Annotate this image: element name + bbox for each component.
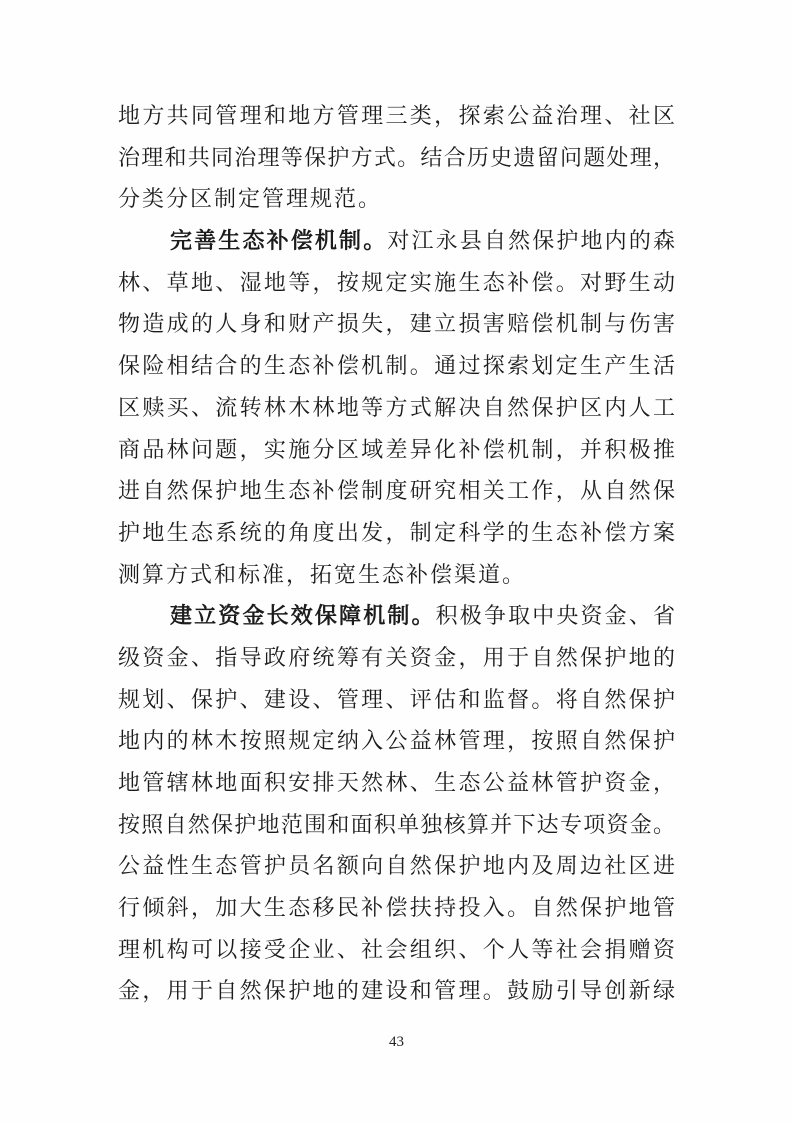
text-line: 分类分区制定管理规范。: [118, 178, 675, 220]
text-run: 商品林问题，实施分区域差异化补偿机制，并积极推: [118, 437, 675, 462]
text-run: 按照自然保护地范围和面积单独核算并下达专项资金。: [118, 812, 675, 837]
text-run: 积极争取中央资金、省: [436, 603, 675, 628]
page-number: 43: [118, 1032, 675, 1052]
text-run: 地管辖林地面积安排天然林、生态公益林管护资金，: [118, 770, 675, 795]
text-run: 行倾斜，加大生态移民补偿扶持投入。自然保护地管: [118, 895, 675, 920]
text-line: 地内的林木按照规定纳入公益林管理，按照自然保护: [118, 720, 675, 762]
text-run: 测算方式和标准，拓宽生态补偿渠道。: [118, 562, 526, 587]
text-line: 治理和共同治理等保护方式。结合历史遗留问题处理，: [118, 137, 675, 179]
text-run: 公益性生态管护员名额向自然保护地内及周边社区进: [118, 853, 675, 878]
text-line: 理机构可以接受企业、社会组织、个人等社会捐赠资: [118, 929, 675, 971]
text-run: 分类分区制定管理规范。: [118, 186, 382, 211]
text-run: 治理和共同治理等保护方式。结合历史遗留问题处理，: [118, 145, 675, 170]
text-line: 测算方式和标准，拓宽生态补偿渠道。: [118, 554, 675, 596]
document-page: 地方共同管理和地方管理三类，探索公益治理、社区治理和共同治理等保护方式。结合历史…: [0, 0, 793, 1122]
text-line: 保险相结合的生态补偿机制。通过探索划定生产生活: [118, 345, 675, 387]
text-line: 护地生态系统的角度出发，制定科学的生态补偿方案: [118, 512, 675, 554]
text-line: 建立资金长效保障机制。积极争取中央资金、省: [118, 595, 675, 637]
text-line: 地方共同管理和地方管理三类，探索公益治理、社区: [118, 95, 675, 137]
text-line: 完善生态补偿机制。对江永县自然保护地内的森: [118, 220, 675, 262]
text-line: 商品林问题，实施分区域差异化补偿机制，并积极推: [118, 429, 675, 471]
text-run: 级资金、指导政府统筹有关资金，用于自然保护地的: [118, 645, 675, 670]
text-line: 行倾斜，加大生态移民补偿扶持投入。自然保护地管: [118, 887, 675, 929]
text-run: 金，用于自然保护地的建设和管理。鼓励引导创新绿: [118, 978, 675, 1003]
text-run: 地方共同管理和地方管理三类，探索公益治理、社区: [118, 103, 675, 128]
bold-heading-run: 建立资金长效保障机制。: [170, 603, 436, 628]
text-run: 进自然保护地生态补偿制度研究相关工作，从自然保: [118, 478, 675, 503]
text-line: 级资金、指导政府统筹有关资金，用于自然保护地的: [118, 637, 675, 679]
text-line: 公益性生态管护员名额向自然保护地内及周边社区进: [118, 845, 675, 887]
text-line: 规划、保护、建设、管理、评估和监督。将自然保护: [118, 679, 675, 721]
text-run: 理机构可以接受企业、社会组织、个人等社会捐赠资: [118, 937, 675, 962]
text-line: 地管辖林地面积安排天然林、生态公益林管护资金，: [118, 762, 675, 804]
text-line: 按照自然保护地范围和面积单独核算并下达专项资金。: [118, 804, 675, 846]
text-line: 林、草地、湿地等，按规定实施生态补偿。对野生动: [118, 262, 675, 304]
text-run: 保险相结合的生态补偿机制。通过探索划定生产生活: [118, 353, 675, 378]
text-run: 对江永县自然保护地内的森: [387, 228, 675, 253]
text-line: 金，用于自然保护地的建设和管理。鼓励引导创新绿: [118, 970, 675, 1012]
text-run: 护地生态系统的角度出发，制定科学的生态补偿方案: [118, 520, 675, 545]
text-block: 地方共同管理和地方管理三类，探索公益治理、社区治理和共同治理等保护方式。结合历史…: [118, 95, 675, 1012]
text-run: 规划、保护、建设、管理、评估和监督。将自然保护: [118, 687, 675, 712]
bold-heading-run: 完善生态补偿机制。: [170, 228, 387, 253]
text-run: 林、草地、湿地等，按规定实施生态补偿。对野生动: [118, 270, 675, 295]
text-run: 物造成的人身和财产损失，建立损害赔偿机制与伤害: [118, 311, 675, 336]
text-line: 进自然保护地生态补偿制度研究相关工作，从自然保: [118, 470, 675, 512]
text-line: 区赎买、流转林木林地等方式解决自然保护区内人工: [118, 387, 675, 429]
text-line: 物造成的人身和财产损失，建立损害赔偿机制与伤害: [118, 303, 675, 345]
text-run: 区赎买、流转林木林地等方式解决自然保护区内人工: [118, 395, 675, 420]
text-run: 地内的林木按照规定纳入公益林管理，按照自然保护: [118, 728, 675, 753]
